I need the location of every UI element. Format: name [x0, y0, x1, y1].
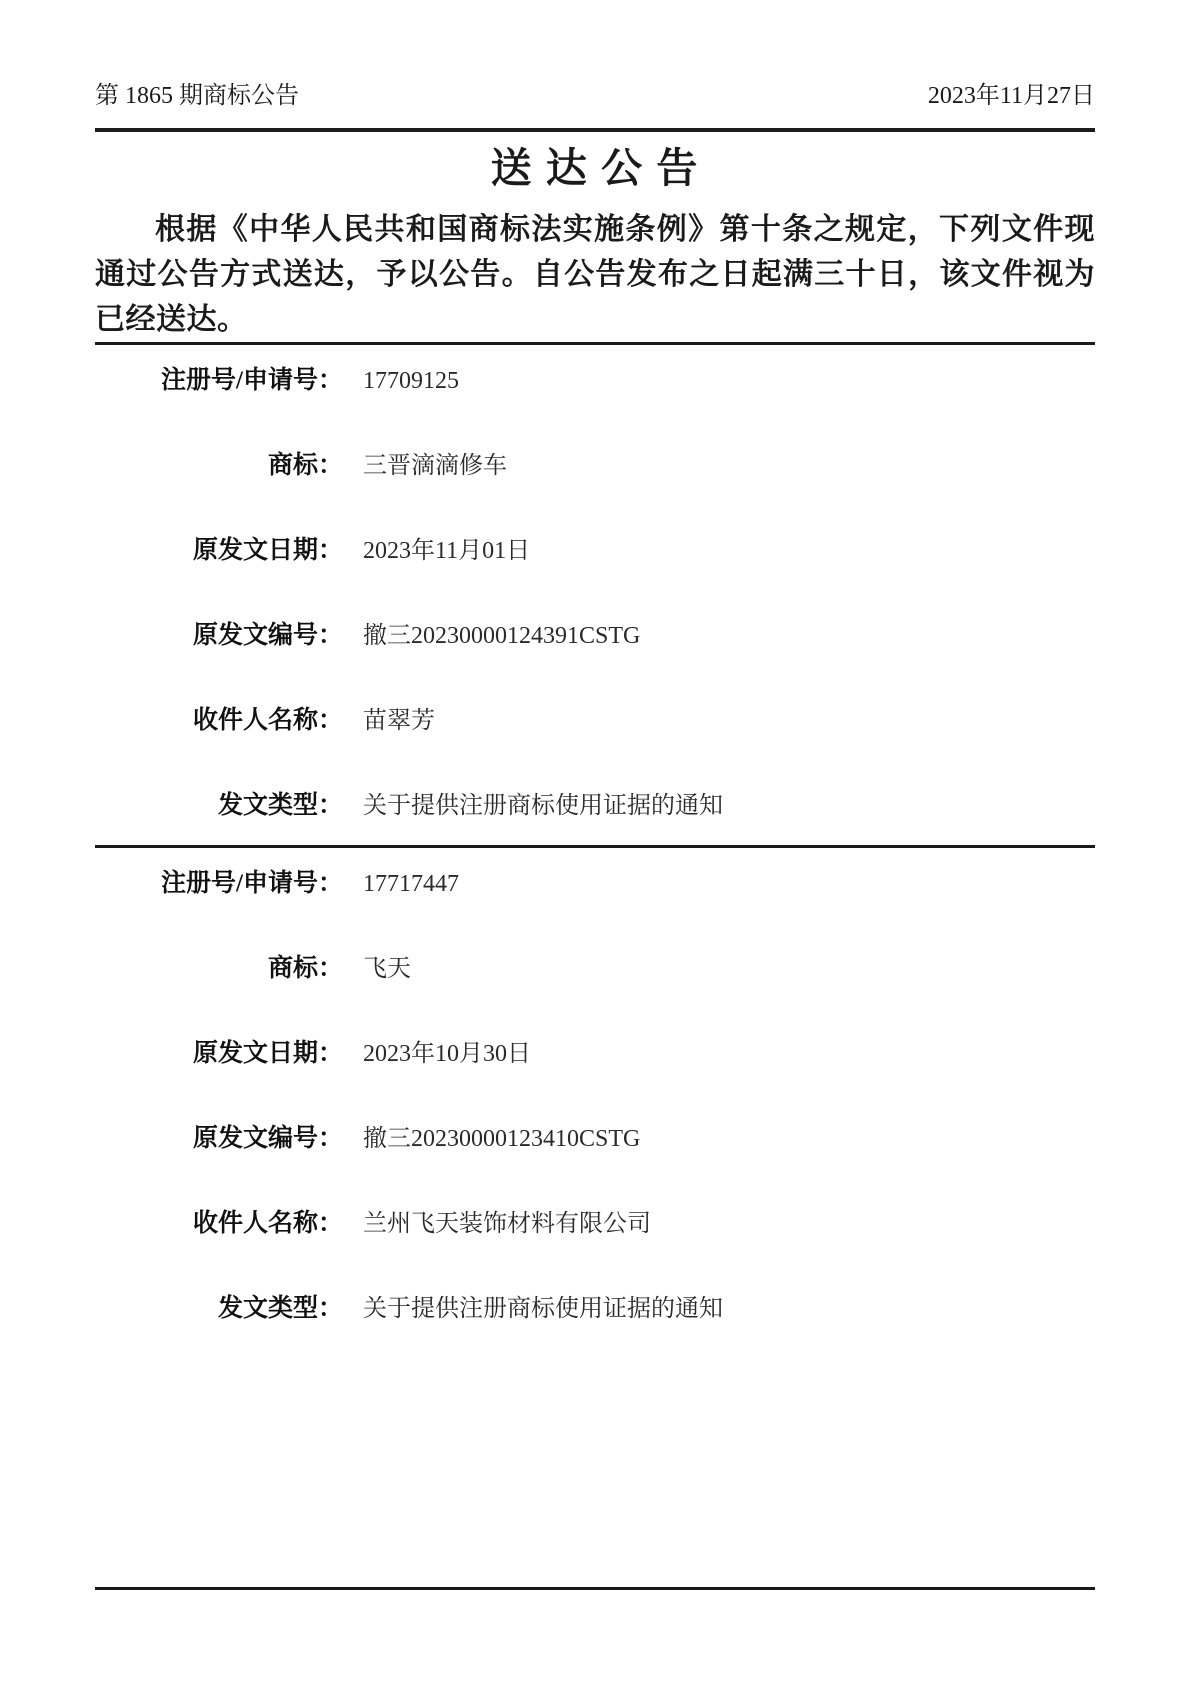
gazette-date-label: 2023年11月27日: [928, 82, 1095, 111]
field-value: 17717447: [363, 869, 459, 900]
header-divider: [95, 128, 1095, 132]
intro-paragraph: 根据《中华人民共和国商标法实施条例》第十条之规定，下列文件现通过公告方式送达，予…: [95, 207, 1095, 342]
record-2: 注册号/申请号： 17717447 商标： 飞天 原发文日期： 2023年10月…: [95, 848, 1095, 1348]
field-label: 收件人名称：: [95, 705, 343, 736]
field-value: 关于提供注册商标使用证据的通知: [363, 1294, 723, 1325]
gazette-page: 第 1865 期商标公告 2023年11月27日 送 达 公 告 根据《中华人民…: [0, 0, 1190, 1684]
page-header: 第 1865 期商标公告 2023年11月27日: [95, 0, 1095, 111]
field-row-document-type: 发文类型： 关于提供注册商标使用证据的通知: [95, 790, 1095, 821]
field-row-registration-number: 注册号/申请号： 17717447: [95, 868, 1095, 953]
field-value: 2023年11月01日: [363, 536, 530, 567]
field-label: 发文类型：: [95, 1293, 343, 1324]
page-title: 送 达 公 告: [95, 144, 1095, 193]
field-label: 原发文编号：: [95, 1123, 343, 1154]
field-value: 三晋滴滴修车: [363, 451, 507, 482]
field-row-trademark: 商标： 飞天: [95, 953, 1095, 1038]
field-row-original-document-number: 原发文编号： 撤三20230000123410CSTG: [95, 1123, 1095, 1208]
field-value: 撤三20230000124391CSTG: [363, 621, 640, 652]
page-bottom-divider: [95, 1587, 1095, 1590]
field-value: 17709125: [363, 366, 459, 397]
field-value: 撤三20230000123410CSTG: [363, 1124, 640, 1155]
field-value: 2023年10月30日: [363, 1039, 531, 1070]
field-label: 原发文日期：: [95, 1038, 343, 1069]
field-value: 兰州飞天装饰材料有限公司: [363, 1209, 651, 1240]
field-row-recipient-name: 收件人名称： 兰州飞天装饰材料有限公司: [95, 1208, 1095, 1293]
field-label: 原发文日期：: [95, 535, 343, 566]
field-row-document-type: 发文类型： 关于提供注册商标使用证据的通知: [95, 1293, 1095, 1324]
field-label: 商标：: [95, 953, 343, 984]
field-label: 注册号/申请号：: [95, 365, 343, 396]
field-row-recipient-name: 收件人名称： 苗翠芳: [95, 705, 1095, 790]
field-row-original-issue-date: 原发文日期： 2023年11月01日: [95, 535, 1095, 620]
field-row-trademark: 商标： 三晋滴滴修车: [95, 450, 1095, 535]
field-row-original-issue-date: 原发文日期： 2023年10月30日: [95, 1038, 1095, 1123]
gazette-issue-label: 第 1865 期商标公告: [95, 82, 299, 111]
field-value: 飞天: [363, 954, 411, 985]
field-value: 关于提供注册商标使用证据的通知: [363, 791, 723, 822]
field-label: 发文类型：: [95, 790, 343, 821]
field-value: 苗翠芳: [363, 706, 435, 737]
field-row-original-document-number: 原发文编号： 撤三20230000124391CSTG: [95, 620, 1095, 705]
field-row-registration-number: 注册号/申请号： 17709125: [95, 365, 1095, 450]
field-label: 商标：: [95, 450, 343, 481]
field-label: 原发文编号：: [95, 620, 343, 651]
field-label: 收件人名称：: [95, 1208, 343, 1239]
record-1: 注册号/申请号： 17709125 商标： 三晋滴滴修车 原发文日期： 2023…: [95, 345, 1095, 845]
field-label: 注册号/申请号：: [95, 868, 343, 899]
